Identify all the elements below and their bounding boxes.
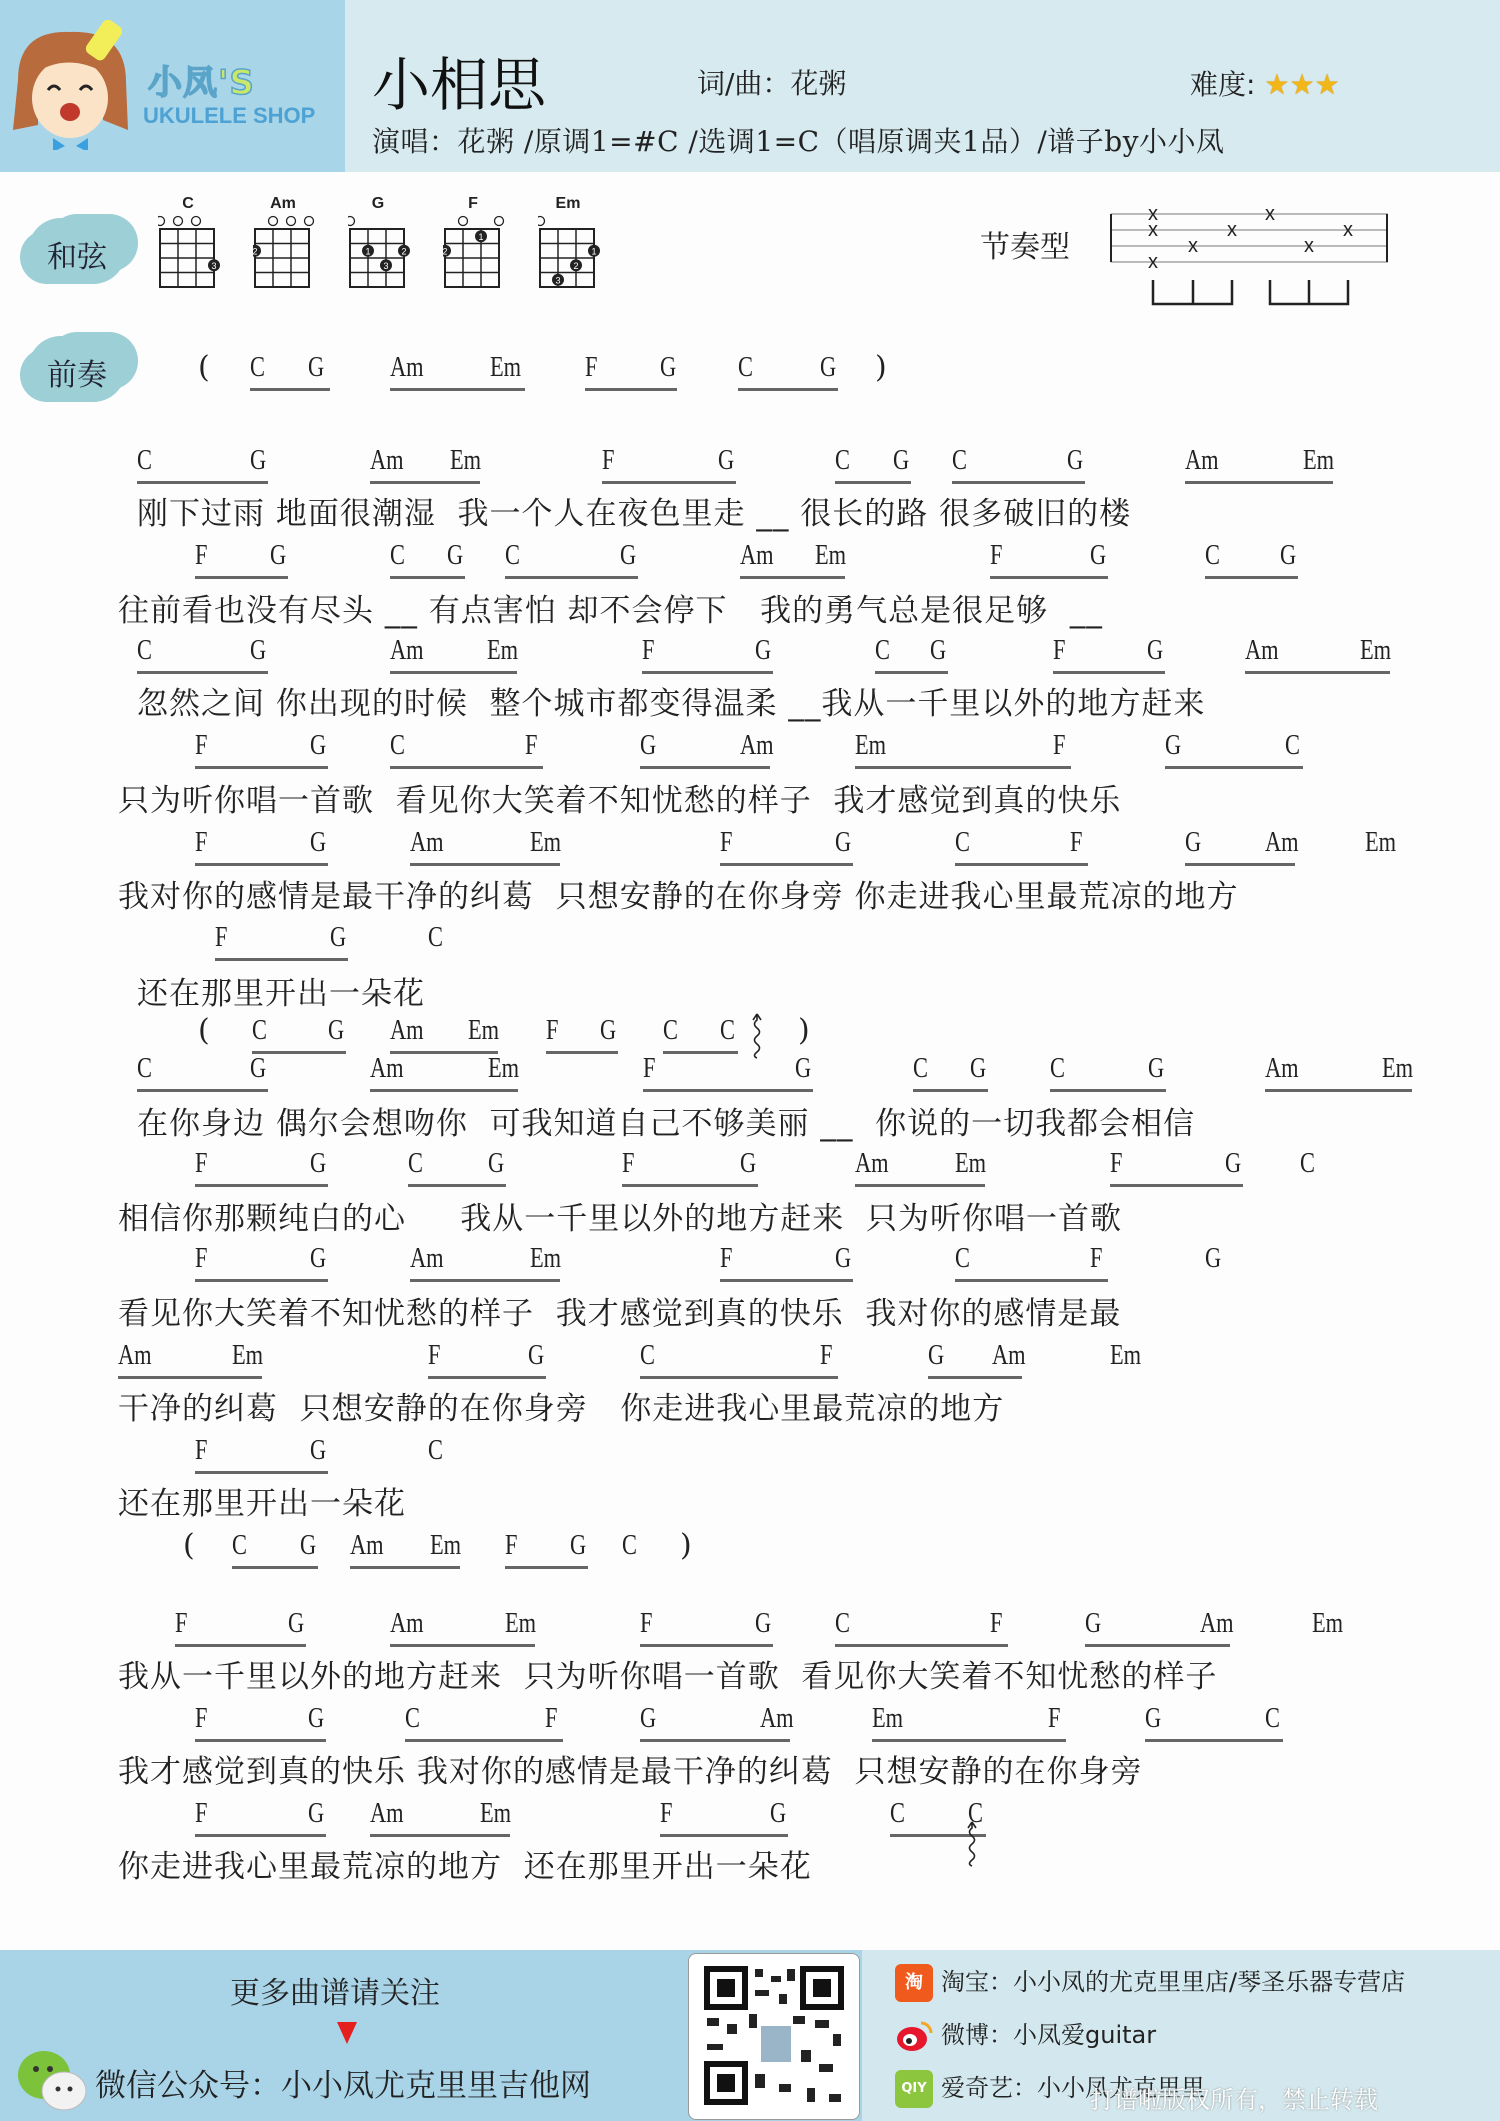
- beat-underline: [137, 481, 268, 484]
- beat-underline: [952, 481, 1085, 484]
- chord-symbol: F: [195, 1435, 207, 1467]
- beat-underline: [738, 388, 838, 391]
- chord-symbol: Am: [410, 827, 444, 859]
- chord-symbol: G: [528, 1340, 544, 1372]
- beat-underline: [215, 958, 348, 961]
- chord-symbol: Em: [487, 635, 518, 667]
- bracket: ): [798, 1013, 810, 1048]
- chord-symbol: C: [875, 635, 890, 667]
- qr-code-icon: [689, 1954, 859, 2119]
- chord-symbol: C: [232, 1530, 247, 1562]
- chord-symbol: G: [308, 1798, 324, 1830]
- chord-symbol: Am: [390, 635, 424, 667]
- chord-symbol: F: [640, 1608, 652, 1640]
- beat-underline: [640, 1644, 773, 1647]
- beat-underline: [855, 766, 1071, 769]
- chord-symbol: Am: [370, 1798, 404, 1830]
- beat-underline: [640, 766, 770, 769]
- chord-symbol: F: [990, 1608, 1002, 1640]
- chord-symbol: F: [215, 922, 227, 954]
- chord-symbol: Am: [992, 1340, 1026, 1372]
- beat-underline: [195, 576, 288, 579]
- beat-underline: [505, 1566, 588, 1569]
- beat-underline: [350, 1566, 460, 1569]
- chord-symbol: G: [1067, 445, 1083, 477]
- lyric-text: 还在那里开出一朵花: [137, 968, 425, 1013]
- chord-symbol: F: [1070, 827, 1082, 859]
- chord-symbol: Em: [450, 445, 481, 477]
- svg-text:1: 1: [478, 232, 483, 242]
- chord-symbol: C: [720, 1015, 735, 1047]
- song-meta: 演唱：花粥 /原调1=#C /选调1=C（唱原调夹1品）/谱子by小小凤: [372, 120, 1225, 160]
- chord-symbol: F: [642, 635, 654, 667]
- chord-symbol: G: [310, 1243, 326, 1275]
- chord-symbol: Em: [490, 352, 521, 384]
- beat-underline: [195, 766, 328, 769]
- lyric-text: 只为听你唱一首歌 看见你大笑着不知忧愁的样子 我才感觉到真的快乐: [118, 775, 1121, 820]
- beat-underline: [875, 671, 948, 674]
- chord-symbol: Am: [390, 352, 424, 384]
- chord-symbol: Am: [1245, 635, 1279, 667]
- beat-underline: [660, 1834, 788, 1837]
- svg-text:x: x: [1343, 219, 1353, 241]
- chord-symbol: G: [600, 1015, 616, 1047]
- beat-underline: [195, 1471, 328, 1474]
- beat-underline: [410, 1279, 560, 1282]
- chord-symbol: F: [195, 1148, 207, 1180]
- lyric-text: 在你身边 偶尔会想吻你 可我知道自己不够美丽 __ 你说的一切我都会相信: [137, 1098, 1195, 1143]
- chord-symbol: G: [928, 1340, 944, 1372]
- chord-symbol: F: [1048, 1703, 1060, 1735]
- svg-text:3: 3: [383, 261, 388, 271]
- chord-symbol: G: [930, 635, 946, 667]
- lyric-text: 还在那里开出一朵花: [118, 1478, 406, 1523]
- chord-symbol: C: [1205, 540, 1220, 572]
- chord-symbol: Em: [468, 1015, 499, 1047]
- lyric-text: 我从一千里以外的地方赶来 只为听你唱一首歌 看见你大笑着不知忧愁的样子: [118, 1651, 1217, 1696]
- chord-symbol: G: [250, 1053, 266, 1085]
- chord-symbol: G: [447, 540, 463, 572]
- chord-symbol: Em: [1365, 827, 1396, 859]
- beat-underline: [1050, 1089, 1166, 1092]
- chord-symbol: F: [585, 352, 597, 384]
- difficulty: 难度: ★★★: [1190, 63, 1340, 103]
- chord-symbol: G: [820, 352, 836, 384]
- chord-symbol: Em: [955, 1148, 986, 1180]
- chord-symbol: C: [408, 1148, 423, 1180]
- lyric-text: 相信你那颗纯白的心 我从一千里以外的地方赶来 只为听你唱一首歌: [118, 1193, 1122, 1238]
- beat-underline: [390, 671, 517, 674]
- chord-symbol: Em: [815, 540, 846, 572]
- beat-underline: [643, 1089, 813, 1092]
- chord-symbol: G: [1185, 827, 1201, 859]
- beat-underline: [1085, 1644, 1230, 1647]
- taobao-text: 淘宝：小小凤的尤克里里店/琴圣乐器专营店: [941, 1968, 1405, 1996]
- intro-section-badge: 前奏: [28, 336, 126, 402]
- chord-symbol: C: [137, 445, 152, 477]
- song-credits: 词/曲：花粥: [697, 62, 846, 102]
- beat-underline: [1053, 671, 1165, 674]
- chord-symbol: Em: [530, 1243, 561, 1275]
- follow-text: 更多曲谱请关注: [230, 1968, 440, 2012]
- logo-text: 小凤'S: [148, 55, 255, 104]
- beat-underline: [640, 1739, 790, 1742]
- svg-text:1: 1: [591, 246, 596, 256]
- chord-symbol: G: [640, 1703, 656, 1735]
- chord-symbol: Em: [1312, 1608, 1343, 1640]
- chord-symbol: G: [620, 540, 636, 572]
- beat-underline: [1185, 863, 1295, 866]
- chord-symbol: C: [252, 1015, 267, 1047]
- beat-underline: [118, 1376, 262, 1379]
- chord-symbol: C: [1265, 1703, 1280, 1735]
- chord-symbol: Am: [370, 445, 404, 477]
- chord-symbol: C: [835, 445, 850, 477]
- svg-text:x: x: [1227, 219, 1237, 241]
- chord-symbol: Am: [350, 1530, 384, 1562]
- chord-symbol: G: [310, 730, 326, 762]
- beat-underline: [546, 1051, 618, 1054]
- beat-underline: [602, 481, 736, 484]
- chord-symbol: Am: [390, 1015, 424, 1047]
- chord-symbol: G: [250, 635, 266, 667]
- chord-symbol: F: [660, 1798, 672, 1830]
- bracket: (: [198, 1013, 210, 1048]
- chord-symbol: G: [570, 1530, 586, 1562]
- chords-section-badge: 和弦: [28, 218, 126, 284]
- chord-symbol: Am: [740, 730, 774, 762]
- beat-underline: [990, 576, 1108, 579]
- chord-symbol: Em: [488, 1053, 519, 1085]
- beat-underline: [835, 481, 911, 484]
- lyric-text: 干净的纠葛 只想安静的在你身旁 你走进我心里最荒凉的地方: [118, 1383, 1004, 1428]
- star-icon: ★★★: [1264, 68, 1339, 101]
- svg-text:1: 1: [365, 246, 370, 256]
- beat-underline: [1145, 1739, 1283, 1742]
- beat-underline: [390, 576, 465, 579]
- chord-symbol: C: [738, 352, 753, 384]
- copyright-watermark: 打谱啦版权所有，禁止转载: [1090, 2080, 1378, 2115]
- chord-symbol: G: [328, 1015, 344, 1047]
- chord-symbol: G: [1165, 730, 1181, 762]
- chord-symbol: G: [755, 1608, 771, 1640]
- chord-symbol: C: [1285, 730, 1300, 762]
- chord-symbol: F: [1053, 730, 1065, 762]
- lyric-text: 看见你大笑着不知忧愁的样子 我才感觉到真的快乐 我对你的感情是最: [118, 1288, 1121, 1333]
- chord-symbol: G: [660, 352, 676, 384]
- chord-symbol: G: [300, 1530, 316, 1562]
- chord-symbol: G: [640, 730, 656, 762]
- beat-underline: [252, 1051, 346, 1054]
- beat-underline: [370, 1834, 510, 1837]
- beat-underline: [410, 863, 560, 866]
- chord-symbol: F: [1110, 1148, 1122, 1180]
- chord-symbol: C: [890, 1798, 905, 1830]
- chord-symbol: G: [1147, 635, 1163, 667]
- chord-symbol: C: [428, 922, 443, 954]
- beat-underline: [390, 388, 525, 391]
- chord-symbol: C: [835, 1608, 850, 1640]
- beat-underline: [955, 1279, 1108, 1282]
- svg-text:x: x: [1188, 235, 1198, 257]
- chord-symbol: F: [525, 730, 537, 762]
- beat-underline: [250, 388, 330, 391]
- chord-symbol: G: [970, 1053, 986, 1085]
- chord-symbol: Am: [410, 1243, 444, 1275]
- chord-symbol: F: [195, 540, 207, 572]
- chord-symbol: F: [505, 1530, 517, 1562]
- chord-symbol: F: [546, 1015, 558, 1047]
- strum-pattern-diagram: xxx xxx xx: [1108, 200, 1393, 310]
- beat-underline: [195, 1184, 328, 1187]
- chord-symbol: G: [795, 1053, 811, 1085]
- song-title: 小相思: [372, 38, 546, 122]
- weibo-link[interactable]: 微博：小凤爱guitar: [895, 2015, 1156, 2055]
- chord-symbol: C: [1300, 1148, 1315, 1180]
- down-arrow-icon: [337, 2022, 357, 2044]
- chord-symbol: C: [428, 1435, 443, 1467]
- beat-underline: [585, 388, 677, 391]
- chord-symbol: C: [955, 1243, 970, 1275]
- chord-symbol: C: [622, 1530, 637, 1562]
- chord-symbol: Am: [390, 1608, 424, 1640]
- chord-symbol: G: [310, 1148, 326, 1180]
- bracket: (: [198, 350, 210, 385]
- chord-symbol: Em: [530, 827, 561, 859]
- logo-panel: 小凤'S UKULELE SHOP: [0, 0, 345, 172]
- lyric-text: 忽然之间 你出现的时候 整个城市都变得温柔 __我从一千里以外的地方赶来: [137, 678, 1205, 723]
- beat-underline: [370, 481, 480, 484]
- arpeggio-icon: [965, 1820, 979, 1868]
- beat-underline: [195, 1834, 326, 1837]
- beat-underline: [872, 1739, 1066, 1742]
- chord-symbol: Em: [232, 1340, 263, 1372]
- beat-underline: [1110, 1184, 1243, 1187]
- beat-underline: [1185, 481, 1333, 484]
- lyric-text: 你走进我心里最荒凉的地方 还在那里开出一朵花: [118, 1841, 812, 1886]
- chord-symbol: Em: [430, 1530, 461, 1562]
- chord-symbol: Am: [1265, 827, 1299, 859]
- chord-symbol: G: [770, 1798, 786, 1830]
- chord-symbol: Em: [1110, 1340, 1141, 1372]
- beat-underline: [855, 1184, 985, 1187]
- beat-underline: [1265, 1089, 1412, 1092]
- logo-subtitle: UKULELE SHOP: [143, 103, 315, 129]
- chord-symbol: C: [405, 1703, 420, 1735]
- chord-symbol: Em: [1382, 1053, 1413, 1085]
- chord-symbol: F: [175, 1608, 187, 1640]
- chord-symbol: F: [195, 1798, 207, 1830]
- header: 小凤'S UKULELE SHOP 小相思 词/曲：花粥 难度: ★★★ 演唱：…: [0, 0, 1500, 172]
- taobao-icon: 淘: [895, 1964, 933, 2002]
- weibo-icon: [895, 2017, 933, 2055]
- svg-text:3: 3: [555, 275, 560, 285]
- bracket: ): [875, 350, 887, 385]
- beat-underline: [622, 1184, 758, 1187]
- chord-symbol: Am: [1265, 1053, 1299, 1085]
- lyric-text: 刚下过雨 地面很潮湿 我一个人在夜色里走 __ 很长的路 很多破旧的楼: [137, 488, 1131, 533]
- chord-symbol: F: [622, 1148, 634, 1180]
- chord-symbol: G: [1085, 1608, 1101, 1640]
- chord-symbol: F: [195, 1703, 207, 1735]
- chord-symbol: G: [330, 922, 346, 954]
- chord-symbol: Am: [1185, 445, 1219, 477]
- chord-symbol: G: [1225, 1148, 1241, 1180]
- beat-underline: [720, 863, 853, 866]
- beat-underline: [505, 576, 638, 579]
- svg-text:2: 2: [401, 246, 406, 256]
- chord-symbol: C: [913, 1053, 928, 1085]
- beat-underline: [370, 1089, 518, 1092]
- iqiyi-icon: QIY: [895, 2070, 933, 2108]
- chord-symbol: Am: [1200, 1608, 1234, 1640]
- chord-symbol: Em: [1303, 445, 1334, 477]
- chord-symbol: Em: [855, 730, 886, 762]
- wechat-account: 微信公众号：小小凤尤克里里吉他网: [95, 2060, 591, 2105]
- arpeggio-icon: [750, 1012, 764, 1060]
- chord-symbol: F: [195, 827, 207, 859]
- chord-symbol: Am: [370, 1053, 404, 1085]
- cartoon-girl-logo-icon: [8, 20, 133, 150]
- beat-underline: [1245, 671, 1390, 674]
- chord-symbol: F: [820, 1340, 832, 1372]
- chord-symbol: C: [390, 540, 405, 572]
- beat-underline: [195, 1279, 328, 1282]
- lyric-text: 往前看也没有尽头 __ 有点害怕 却不会停下 我的勇气总是很足够 __: [118, 585, 1103, 630]
- beat-underline: [175, 1644, 306, 1647]
- chord-symbol: G: [1205, 1243, 1221, 1275]
- chord-symbol: Am: [118, 1340, 152, 1372]
- weibo-text: 微博：小凤爱guitar: [941, 2021, 1156, 2049]
- beat-underline: [137, 671, 268, 674]
- wechat-icon: [14, 2045, 92, 2115]
- svg-text:3: 3: [211, 261, 216, 271]
- svg-text:x: x: [1304, 235, 1314, 257]
- chord-symbol: G: [270, 540, 286, 572]
- chord-symbol: G: [835, 1243, 851, 1275]
- chord-symbol: C: [952, 445, 967, 477]
- chord-symbol: G: [755, 635, 771, 667]
- chord-symbol: G: [1148, 1053, 1164, 1085]
- chord-symbol: C: [505, 540, 520, 572]
- chord-symbol: G: [835, 827, 851, 859]
- chord-symbol: Em: [872, 1703, 903, 1735]
- beat-underline: [428, 1376, 546, 1379]
- chord-symbol: F: [990, 540, 1002, 572]
- chord-symbol: F: [545, 1703, 557, 1735]
- chord-symbol: F: [195, 1243, 207, 1275]
- beat-underline: [663, 1051, 738, 1054]
- beat-underline: [640, 1376, 838, 1379]
- chord-symbol: G: [893, 445, 909, 477]
- chord-symbol: F: [1090, 1243, 1102, 1275]
- chord-symbol: C: [663, 1015, 678, 1047]
- beat-underline: [390, 1051, 498, 1054]
- lyric-text: 我对你的感情是最干净的纠葛 只想安静的在你身旁 你走进我心里最荒凉的地方: [118, 871, 1239, 916]
- chord-symbol: G: [288, 1608, 304, 1640]
- beat-underline: [390, 766, 543, 769]
- chord-symbol: Em: [505, 1608, 536, 1640]
- chord-symbol: C: [1050, 1053, 1065, 1085]
- svg-text:2: 2: [573, 261, 578, 271]
- beat-underline: [137, 1089, 268, 1092]
- rhythm-label: 节奏型: [980, 222, 1070, 266]
- svg-text:2: 2: [443, 246, 448, 256]
- chord-symbol: C: [955, 827, 970, 859]
- chord-symbol: F: [643, 1053, 655, 1085]
- beat-underline: [232, 1566, 318, 1569]
- chord-symbol: G: [1280, 540, 1296, 572]
- chord-symbol: G: [1090, 540, 1106, 572]
- bracket: (: [183, 1528, 195, 1563]
- chord-symbol: F: [720, 1243, 732, 1275]
- difficulty-label: 难度:: [1190, 68, 1255, 101]
- chord-symbol: G: [740, 1148, 756, 1180]
- chord-symbol: C: [250, 352, 265, 384]
- svg-text:x: x: [1265, 203, 1275, 225]
- beat-underline: [642, 671, 773, 674]
- beat-underline: [195, 1739, 326, 1742]
- beat-underline: [195, 863, 328, 866]
- chord-symbol: C: [640, 1340, 655, 1372]
- chord-symbol: C: [137, 1053, 152, 1085]
- chord-symbol: Am: [740, 540, 774, 572]
- beat-underline: [408, 1184, 506, 1187]
- beat-underline: [835, 1644, 1008, 1647]
- beat-underline: [720, 1279, 853, 1282]
- beat-underline: [928, 1376, 1022, 1379]
- chord-symbol: G: [250, 445, 266, 477]
- beat-underline: [1205, 576, 1298, 579]
- chord-symbol: F: [720, 827, 732, 859]
- beat-underline: [390, 1644, 535, 1647]
- svg-text:x: x: [1148, 251, 1158, 273]
- intro-label: 前奏: [28, 350, 126, 394]
- chord-symbol: Am: [760, 1703, 794, 1735]
- chord-symbol: Am: [855, 1148, 889, 1180]
- beat-underline: [405, 1739, 563, 1742]
- svg-text:2: 2: [253, 246, 258, 256]
- chords-label: 和弦: [28, 232, 126, 276]
- chord-symbol: G: [1145, 1703, 1161, 1735]
- chord-symbol: G: [310, 1435, 326, 1467]
- beat-underline: [740, 576, 845, 579]
- chord-symbol: G: [310, 827, 326, 859]
- lyric-text: 我才感觉到真的快乐 我对你的感情是最干净的纠葛 只想安静的在你身旁: [118, 1746, 1143, 1791]
- beat-underline: [913, 1089, 988, 1092]
- chord-symbol: G: [308, 1703, 324, 1735]
- chord-symbol: G: [308, 352, 324, 384]
- qr-code[interactable]: [688, 1953, 860, 2120]
- chord-symbol: C: [390, 730, 405, 762]
- svg-text:x: x: [1148, 219, 1158, 241]
- beat-underline: [955, 863, 1088, 866]
- bracket: ): [680, 1528, 692, 1563]
- chord-symbol: F: [428, 1340, 440, 1372]
- chord-symbol: C: [137, 635, 152, 667]
- chord-symbol: F: [195, 730, 207, 762]
- chord-symbol: G: [488, 1148, 504, 1180]
- chord-symbol: F: [602, 445, 614, 477]
- chord-symbol: Em: [480, 1798, 511, 1830]
- beat-underline: [1165, 766, 1303, 769]
- chord-symbol: Em: [1360, 635, 1391, 667]
- taobao-link[interactable]: 淘淘宝：小小凤的尤克里里店/琴圣乐器专营店: [895, 1962, 1405, 2002]
- chord-symbol: G: [718, 445, 734, 477]
- chord-symbol: F: [1053, 635, 1065, 667]
